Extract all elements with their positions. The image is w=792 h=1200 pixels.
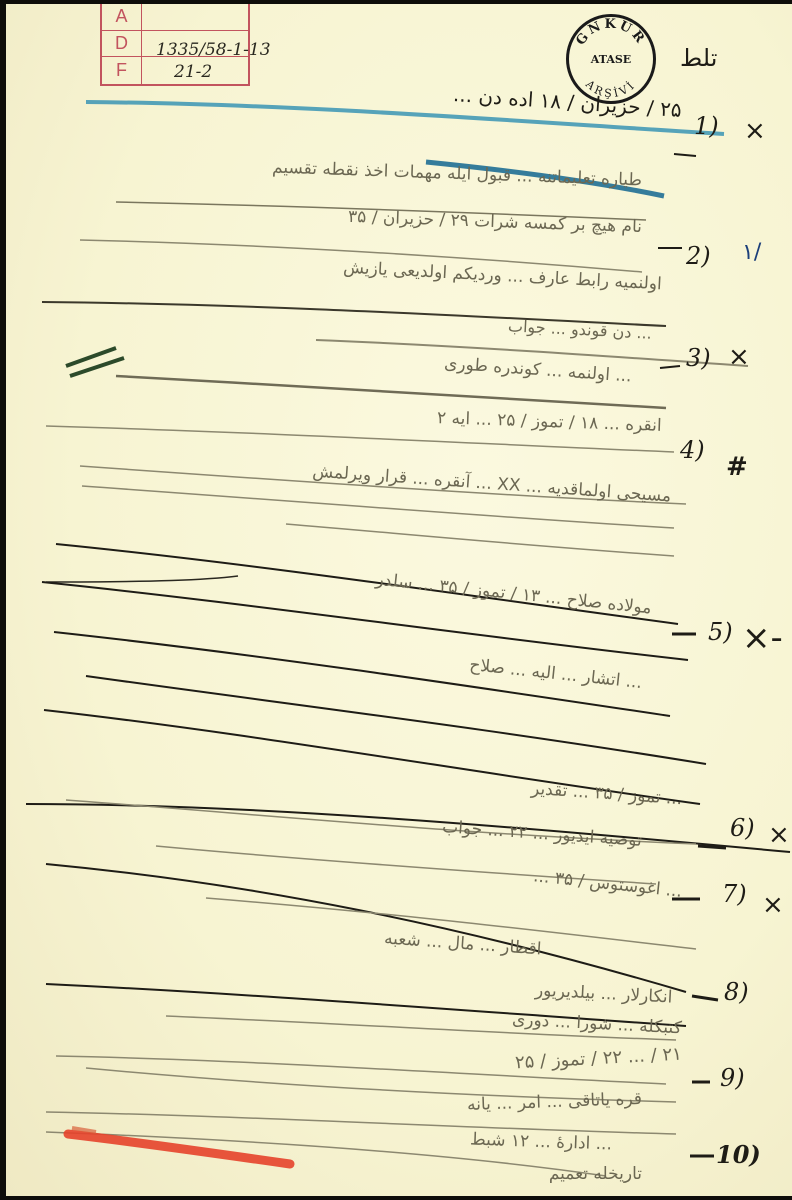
item-number-8: 8) [724, 978, 749, 1006]
archive-reference-number: 1335/58-1-13 [156, 40, 271, 60]
item-number-7: 7) [722, 880, 747, 908]
item-4-subtext: مسیحی اولماقدیه ... XX ... آنقره ... قرا… [312, 461, 672, 506]
item-9-text: ۲۱ / ... ۲۲ / تموز / ۲۵ [515, 1044, 683, 1074]
item-10-text: ... ادارهٔ ... ۱۲ شبط [470, 1130, 613, 1155]
item-number-5: 5) [708, 618, 733, 646]
item-3-subtext: ... اولنمه ... کوندره طوری [444, 353, 633, 386]
item-5-subtext: ... اتشار ... الیه ... صلاح [468, 655, 643, 693]
item-7-text: ... اغوستوس / ۳۵ ... [532, 866, 683, 902]
svg-text:GNKUR: GNKUR [573, 17, 648, 48]
item-number-10: 10) [716, 1140, 761, 1169]
item-6-text: ... تموز / ۳۵ ... تقدیر [530, 779, 682, 810]
stamp-letter-a: A [102, 4, 142, 31]
item-mark-4: # [726, 452, 748, 482]
item-2-subtext: اولنمیه رابط عارف ... وردیکم اولدیعی یاز… [343, 258, 663, 295]
header-note: تلط [680, 44, 717, 72]
item-9-subtext: قره یاتاقی ... امر ... یانه [467, 1089, 643, 1115]
item-8-text: انکارلار ... بیلدیریور [534, 980, 672, 1007]
stamp-letter-d: D [102, 31, 142, 58]
item-mark-1: × [744, 116, 766, 146]
item-mark-2: ۱/ [742, 240, 761, 265]
item-number-1: 1) [694, 112, 719, 140]
item-number-9: 9) [720, 1064, 745, 1092]
item-mark-6: × [768, 820, 790, 850]
item-mark-5: ×- [742, 618, 783, 658]
item-number-2: 2) [686, 242, 711, 270]
item-1-subtext: طیاره تعلیماتنه ... قبول ایله مهمات اخذ … [272, 158, 643, 191]
stamp-cell-empty [142, 4, 248, 31]
archive-reference-sub: 21-2 [174, 62, 212, 82]
item-2-text: نام هیچ بر کمسه شرات ۲۹ / حزیران / ۳۵ [348, 207, 643, 237]
item-number-3: 3) [686, 344, 711, 372]
item-number-4: 4) [680, 436, 705, 464]
item-mark-7: × [762, 890, 784, 920]
item-10-subtext: تاریخله تعمیم [549, 1164, 642, 1184]
item-mark-3: × [728, 342, 750, 372]
item-4-text: انقره ... ۱۸ / تموز / ۲۵ ... ایه ۲ [437, 408, 662, 436]
item-5-text: مولاده صلاح ... ۱۳ / تموز / ۳۵ ... سلدر [374, 570, 652, 619]
stamp-letter-f: F [102, 57, 142, 84]
item-8-subtext: کتبکله ... شورا ... دوری [512, 1010, 683, 1039]
item-number-6: 6) [730, 814, 755, 842]
item-7-subtext: اقطار ... مال ... شعبه [384, 929, 543, 960]
stamp-center-text: ATASE [569, 53, 653, 66]
item-6-subtext: توصیه ایدیور ... ۲۲ ... جواب [442, 817, 643, 851]
item-3-text: ... دن قوندو ... جواب [508, 316, 653, 343]
document-page: A D F 1335/58-1-13 21-2 GNKUR ARŞİVİ ATA… [6, 4, 792, 1196]
